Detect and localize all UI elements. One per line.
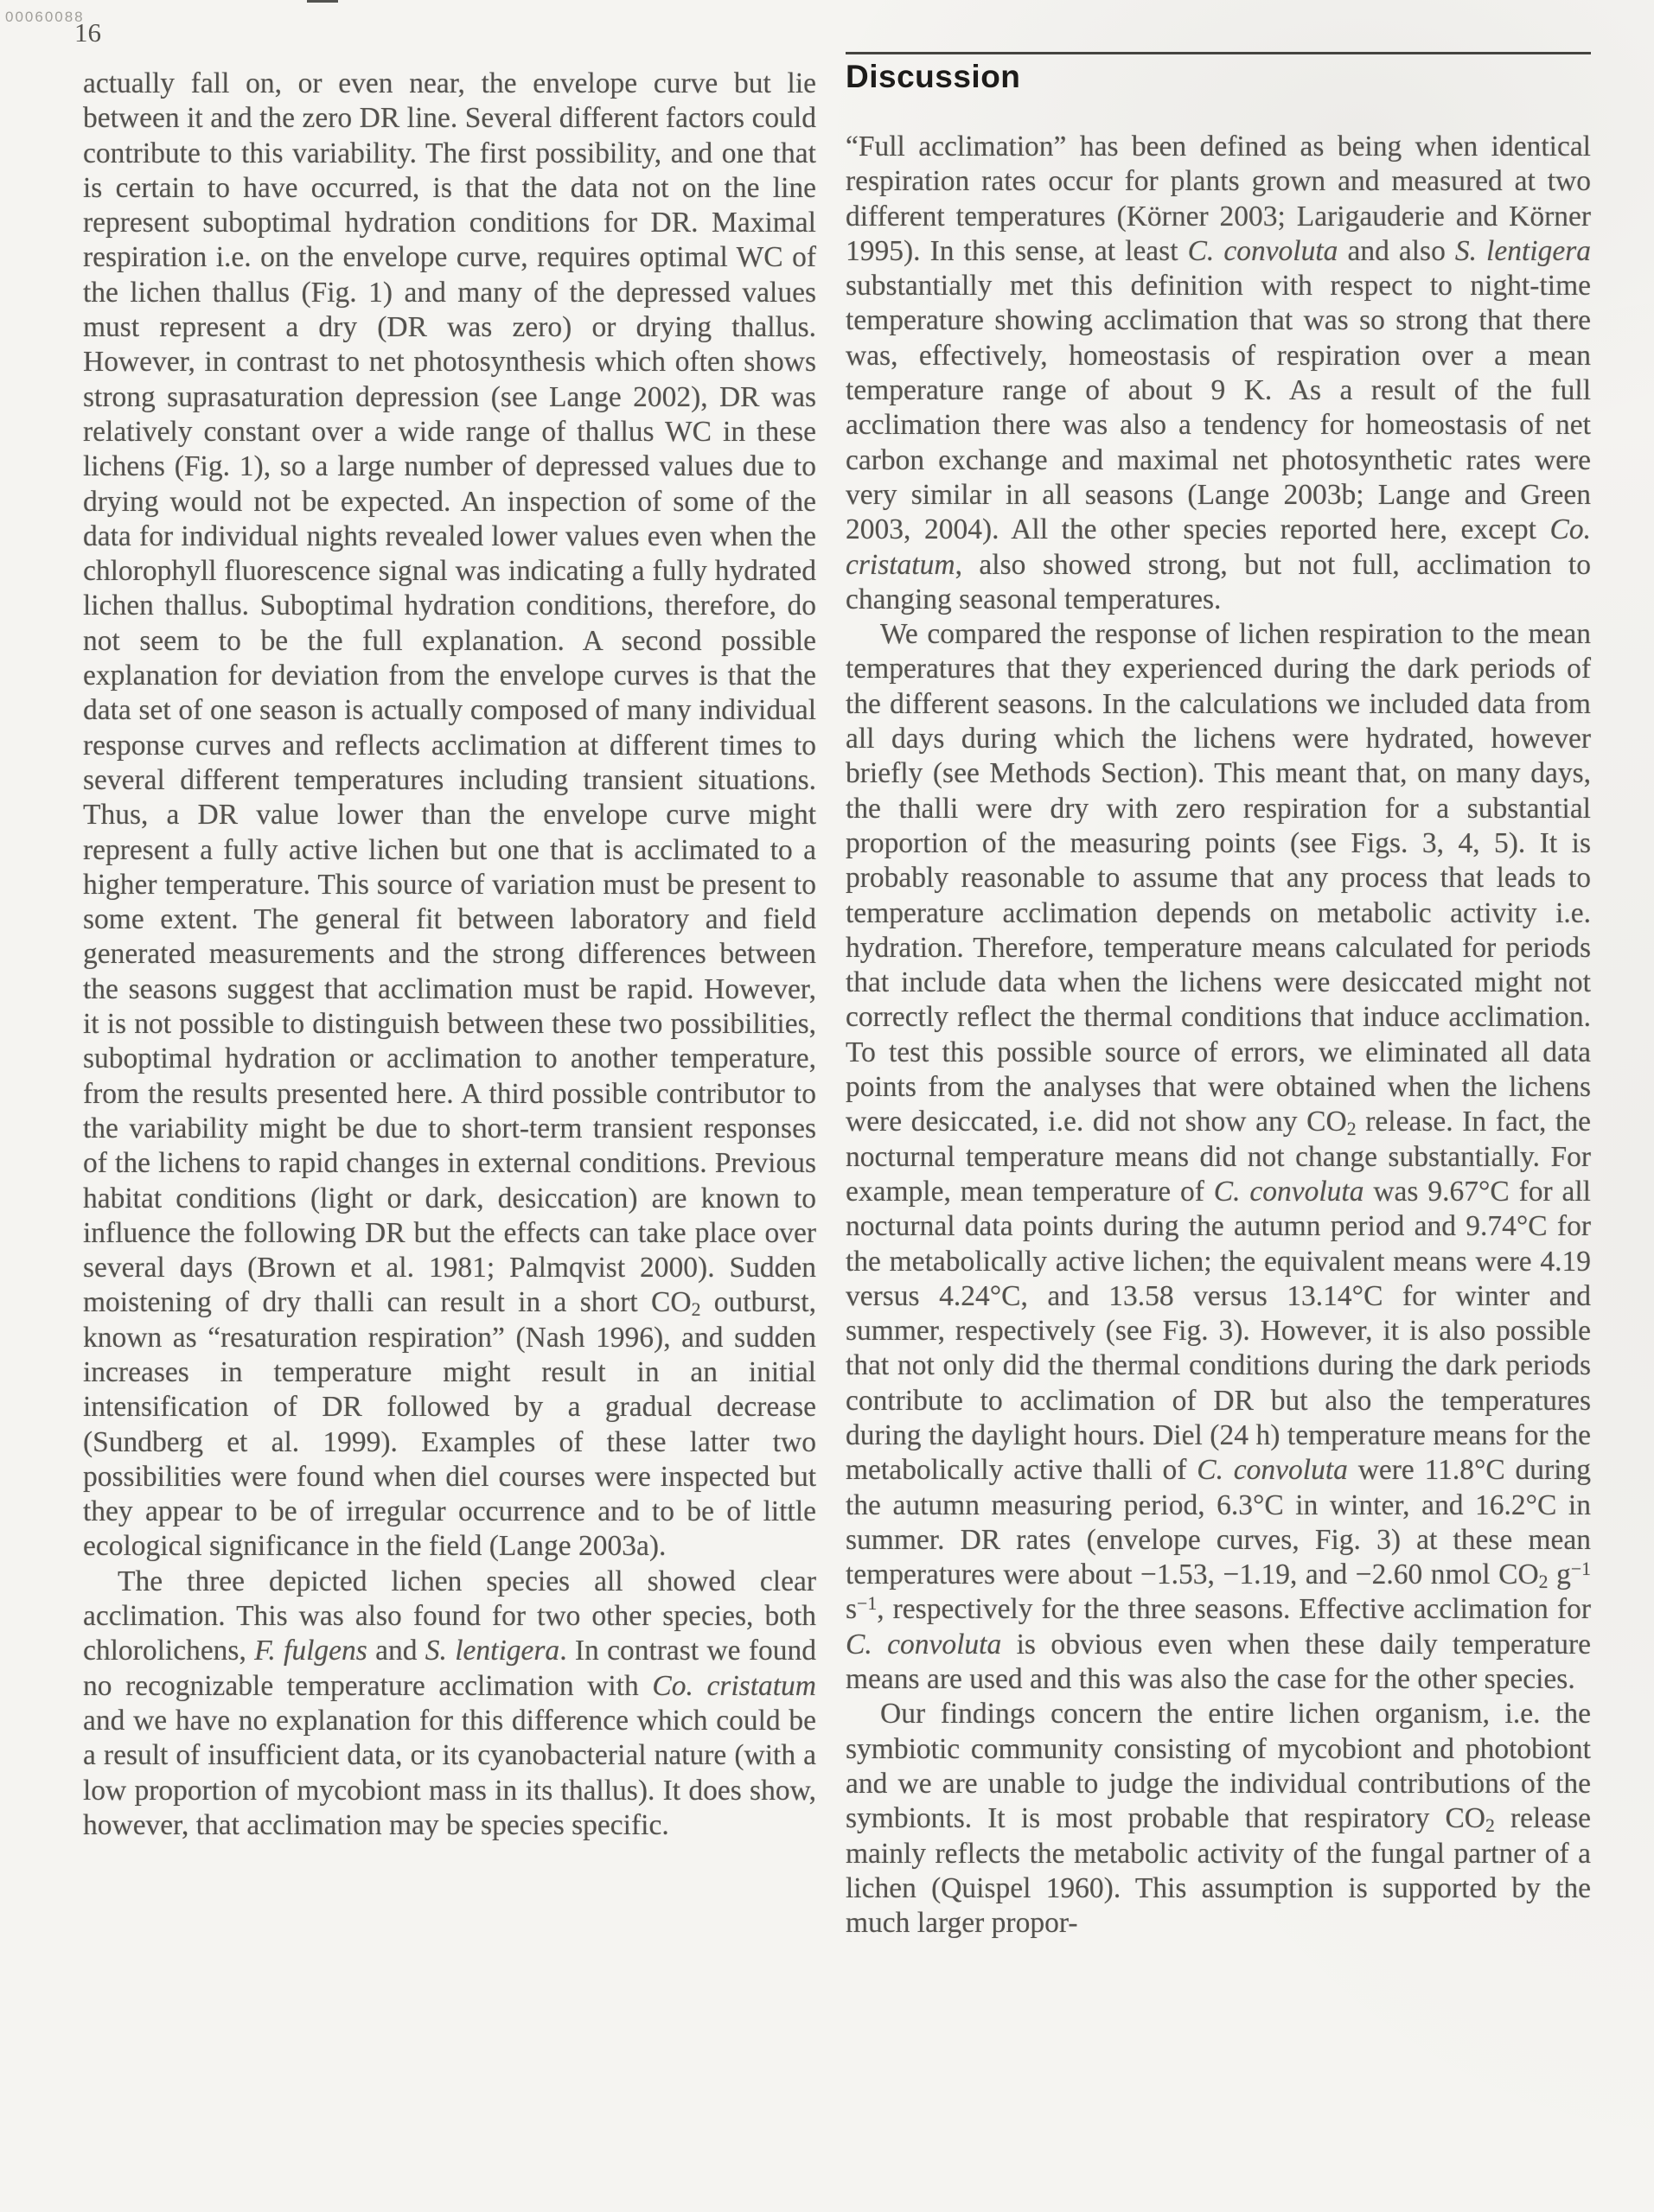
paragraph: actually fall on, or even near, the enve… <box>83 67 816 1565</box>
scanned-paper-page: 00060088 16 actually fall on, or even ne… <box>0 0 1654 2212</box>
section-divider-rule <box>846 52 1591 54</box>
paragraph: Our findings concern the entire lichen o… <box>846 1697 1591 1941</box>
scan-id: 00060088 <box>5 9 85 26</box>
right-column: Discussion “Full acclimation” has been d… <box>846 0 1591 2212</box>
paragraph: We compared the response of lichen respi… <box>846 617 1591 1697</box>
right-column-body: “Full acclimation” has been defined as b… <box>846 130 1591 1941</box>
paragraph: “Full acclimation” has been defined as b… <box>846 130 1591 617</box>
section-heading: Discussion <box>846 61 1020 92</box>
paragraph: The three depicted lichen species all sh… <box>83 1565 816 1843</box>
left-column: actually fall on, or even near, the enve… <box>83 67 816 1843</box>
page-number: 16 <box>74 17 101 48</box>
scan-artifact-mark <box>307 0 338 3</box>
